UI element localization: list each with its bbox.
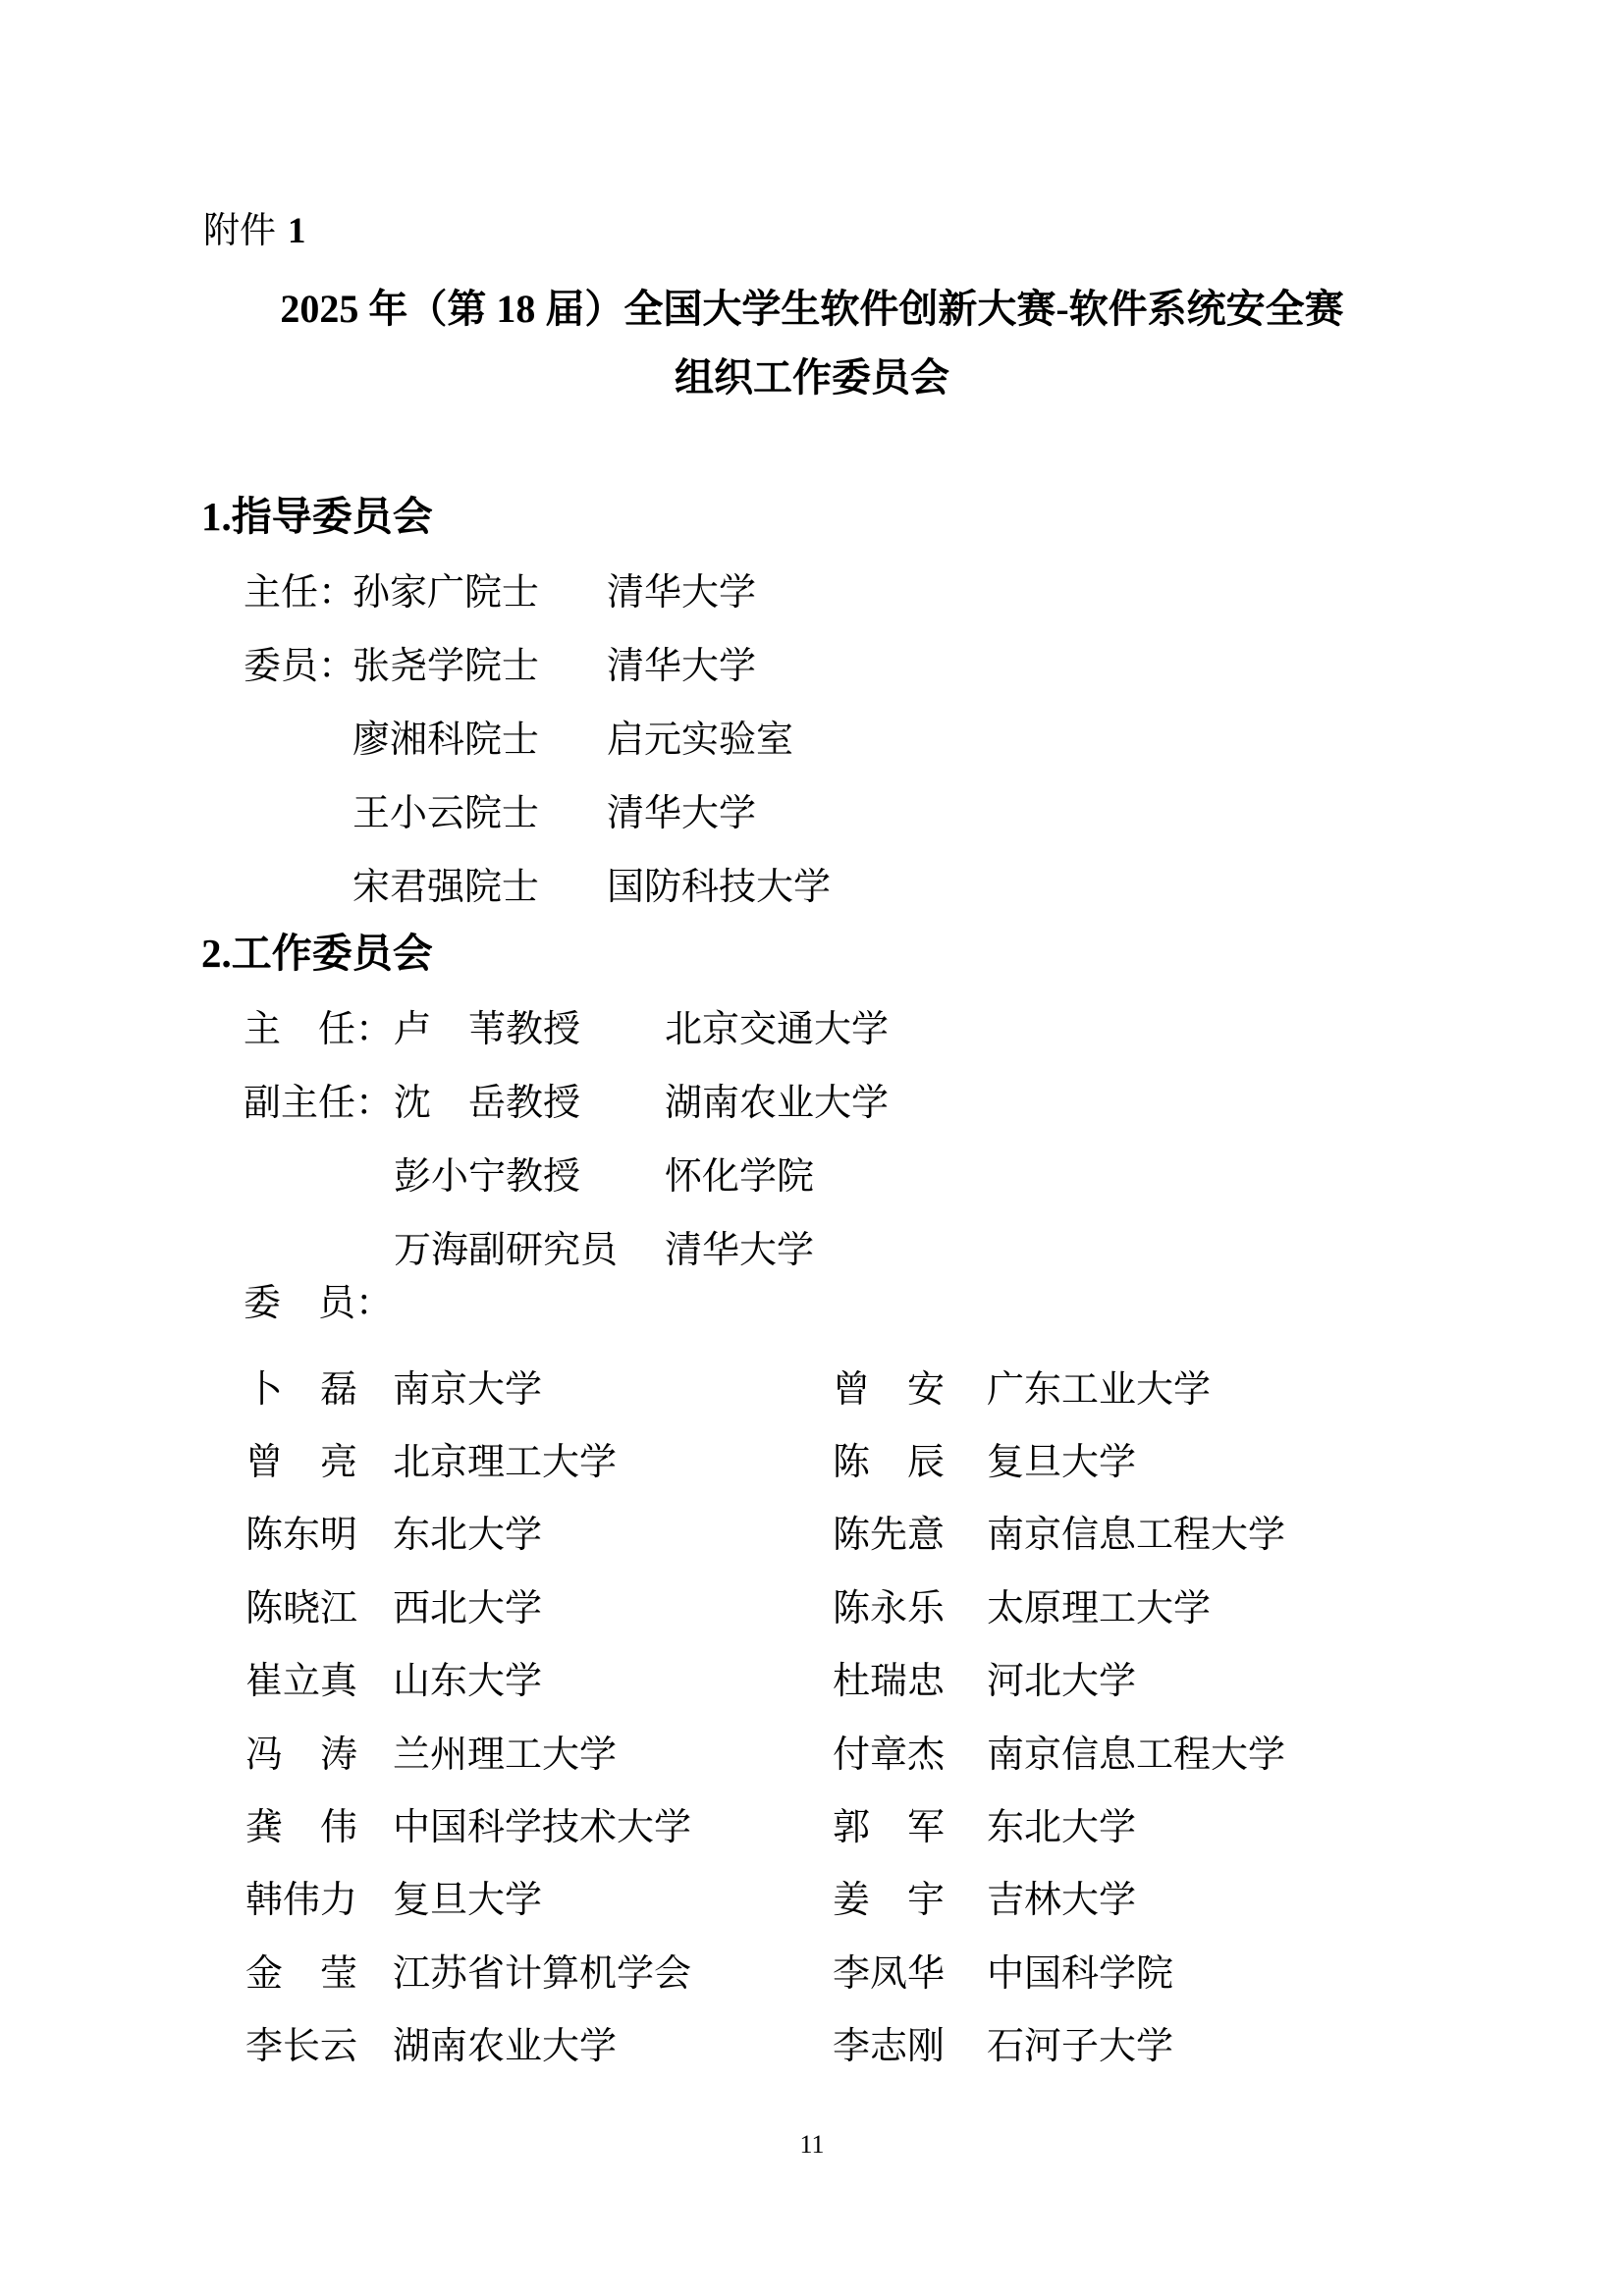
member-org: 吉林大学 bbox=[987, 1869, 1136, 1923]
document-title-line-2: 组织工作委员会 bbox=[0, 355, 1624, 400]
member-name: 姜 宇 bbox=[833, 1869, 987, 1923]
member-row: 韩伟力 复旦大学 姜 宇 吉林大学 bbox=[0, 1860, 1624, 1933]
working-committee-heading: 2.工作委员会 bbox=[201, 930, 433, 977]
member-entry: 杜瑞忠 河北大学 bbox=[833, 1650, 1624, 1704]
person-org: 湖南农业大学 bbox=[665, 1072, 889, 1126]
member-row: 冯 涛 兰州理工大学 付章杰 南京信息工程大学 bbox=[0, 1714, 1624, 1787]
member-entry: 郭 军 东北大学 bbox=[833, 1796, 1624, 1850]
attachment-number: 1 bbox=[288, 211, 306, 251]
member-org: 广东工业大学 bbox=[987, 1359, 1211, 1413]
person-org: 清华大学 bbox=[607, 782, 756, 836]
member-name: 冯 涛 bbox=[245, 1724, 393, 1778]
person-org: 北京交通大学 bbox=[665, 998, 889, 1052]
member-org: 北京理工大学 bbox=[393, 1431, 617, 1485]
member-entry: 曾 亮 北京理工大学 bbox=[245, 1431, 833, 1485]
page-number: 11 bbox=[0, 2130, 1624, 2160]
heading-number: 1. bbox=[201, 494, 232, 539]
person-org: 清华大学 bbox=[607, 561, 756, 615]
steering-committee-heading: 1.指导委员会 bbox=[201, 493, 433, 540]
person-name: 王小云院士 bbox=[352, 782, 607, 836]
member-entry: 李长云 湖南农业大学 bbox=[245, 2015, 833, 2069]
member-org: 复旦大学 bbox=[393, 1869, 542, 1923]
member-org: 河北大学 bbox=[987, 1650, 1136, 1704]
member-name: 陈永乐 bbox=[833, 1577, 987, 1631]
person-org: 怀化学院 bbox=[665, 1146, 814, 1200]
member-name: 付章杰 bbox=[833, 1724, 987, 1778]
member-name: 李凤华 bbox=[833, 1943, 987, 1997]
committee-row: 彭小宁教授 怀化学院 bbox=[0, 1136, 1624, 1209]
member-name: 陈 辰 bbox=[833, 1431, 987, 1485]
member-entry: 陈东明 东北大学 bbox=[245, 1504, 833, 1558]
committee-row: 宋君强院士 国防科技大学 bbox=[0, 846, 1624, 920]
role-label: 主 任： bbox=[244, 998, 394, 1052]
member-name: 陈晓江 bbox=[245, 1577, 393, 1631]
member-org: 南京信息工程大学 bbox=[987, 1504, 1285, 1558]
document-title-line-1: 2025 年（第 18 届）全国大学生软件创新大赛-软件系统安全赛 bbox=[0, 287, 1624, 332]
role-label: 主任： bbox=[244, 561, 352, 615]
member-org: 东北大学 bbox=[393, 1504, 542, 1558]
member-org: 南京信息工程大学 bbox=[987, 1724, 1285, 1778]
member-row: 卜 磊 南京大学 曾 安 广东工业大学 bbox=[0, 1349, 1624, 1421]
member-row: 曾 亮 北京理工大学 陈 辰 复旦大学 bbox=[0, 1421, 1624, 1494]
person-name: 张尧学院士 bbox=[352, 635, 607, 689]
member-entry: 卜 磊 南京大学 bbox=[245, 1359, 833, 1413]
person-org: 清华大学 bbox=[607, 635, 756, 689]
member-org: 南京大学 bbox=[393, 1359, 542, 1413]
committee-row: 主任： 孙家广院士 清华大学 bbox=[0, 552, 1624, 625]
document-page: 附件1 2025 年（第 18 届）全国大学生软件创新大赛-软件系统安全赛 组织… bbox=[0, 0, 1624, 2296]
member-name: 陈东明 bbox=[245, 1504, 393, 1558]
member-name: 李长云 bbox=[245, 2015, 393, 2069]
member-org: 西北大学 bbox=[393, 1577, 542, 1631]
member-entry: 陈先意 南京信息工程大学 bbox=[833, 1504, 1624, 1558]
attachment-text: 附件 bbox=[203, 211, 276, 251]
member-org: 江苏省计算机学会 bbox=[393, 1943, 691, 1997]
member-entry: 李凤华 中国科学院 bbox=[833, 1943, 1624, 1997]
member-org: 湖南农业大学 bbox=[393, 2015, 617, 2069]
attachment-label: 附件1 bbox=[203, 210, 306, 253]
member-name: 崔立真 bbox=[245, 1650, 393, 1704]
role-label: 委员： bbox=[244, 635, 352, 689]
member-row: 崔立真 山东大学 杜瑞忠 河北大学 bbox=[0, 1641, 1624, 1714]
member-org: 复旦大学 bbox=[987, 1431, 1136, 1485]
person-org: 清华大学 bbox=[665, 1219, 814, 1273]
members-label: 委 员： bbox=[244, 1262, 393, 1336]
member-org: 东北大学 bbox=[987, 1796, 1136, 1850]
heading-text: 工作委员会 bbox=[232, 931, 433, 976]
committee-row: 副主任： 沈 岳教授 湖南农业大学 bbox=[0, 1062, 1624, 1136]
member-org: 石河子大学 bbox=[987, 2015, 1173, 2069]
person-name: 廖湘科院士 bbox=[352, 709, 607, 763]
member-name: 陈先意 bbox=[833, 1504, 987, 1558]
member-name: 李志刚 bbox=[833, 2015, 987, 2069]
person-name: 孙家广院士 bbox=[352, 561, 607, 615]
member-entry: 陈永乐 太原理工大学 bbox=[833, 1577, 1624, 1631]
member-entry: 姜 宇 吉林大学 bbox=[833, 1869, 1624, 1923]
committee-row: 委员： 张尧学院士 清华大学 bbox=[0, 625, 1624, 699]
committee-row: 廖湘科院士 启元实验室 bbox=[0, 699, 1624, 773]
person-name: 沈 岳教授 bbox=[394, 1072, 665, 1126]
member-org: 中国科学院 bbox=[987, 1943, 1173, 1997]
member-row: 李长云 湖南农业大学 李志刚 石河子大学 bbox=[0, 2006, 1624, 2079]
heading-text: 指导委员会 bbox=[232, 494, 433, 539]
member-entry: 冯 涛 兰州理工大学 bbox=[245, 1724, 833, 1778]
member-org: 中国科学技术大学 bbox=[393, 1796, 691, 1850]
heading-number: 2. bbox=[201, 931, 232, 976]
member-row: 陈东明 东北大学 陈先意 南京信息工程大学 bbox=[0, 1495, 1624, 1568]
member-entry: 李志刚 石河子大学 bbox=[833, 2015, 1624, 2069]
member-org: 山东大学 bbox=[393, 1650, 542, 1704]
members-list: 卜 磊 南京大学 曾 安 广东工业大学 曾 亮 北京理工大学 陈 辰 复旦大学 … bbox=[0, 1349, 1624, 2079]
member-entry: 曾 安 广东工业大学 bbox=[833, 1359, 1624, 1413]
member-name: 龚 伟 bbox=[245, 1796, 393, 1850]
committee-row: 王小云院士 清华大学 bbox=[0, 773, 1624, 846]
member-entry: 崔立真 山东大学 bbox=[245, 1650, 833, 1704]
member-entry: 陈晓江 西北大学 bbox=[245, 1577, 833, 1631]
member-entry: 龚 伟 中国科学技术大学 bbox=[245, 1796, 833, 1850]
member-row: 龚 伟 中国科学技术大学 郭 军 东北大学 bbox=[0, 1787, 1624, 1859]
member-entry: 陈 辰 复旦大学 bbox=[833, 1431, 1624, 1485]
person-org: 国防科技大学 bbox=[607, 856, 831, 910]
member-name: 郭 军 bbox=[833, 1796, 987, 1850]
member-name: 曾 亮 bbox=[245, 1431, 393, 1485]
person-name: 卢 苇教授 bbox=[394, 998, 665, 1052]
member-org: 太原理工大学 bbox=[987, 1577, 1211, 1631]
person-name: 万海副研究员 bbox=[394, 1219, 665, 1273]
person-org: 启元实验室 bbox=[607, 709, 793, 763]
committee-row: 主 任： 卢 苇教授 北京交通大学 bbox=[0, 988, 1624, 1062]
steering-committee-rows: 主任： 孙家广院士 清华大学 委员： 张尧学院士 清华大学 廖湘科院士 启元实验… bbox=[0, 552, 1624, 920]
member-name: 韩伟力 bbox=[245, 1869, 393, 1923]
member-row: 金 莹 江苏省计算机学会 李凤华 中国科学院 bbox=[0, 1933, 1624, 2005]
working-committee-rows: 主 任： 卢 苇教授 北京交通大学 副主任： 沈 岳教授 湖南农业大学 彭小宁教… bbox=[0, 988, 1624, 1283]
member-name: 卜 磊 bbox=[245, 1359, 393, 1413]
member-name: 金 莹 bbox=[245, 1943, 393, 1997]
member-entry: 韩伟力 复旦大学 bbox=[245, 1869, 833, 1923]
member-entry: 付章杰 南京信息工程大学 bbox=[833, 1724, 1624, 1778]
member-entry: 金 莹 江苏省计算机学会 bbox=[245, 1943, 833, 1997]
role-label: 副主任： bbox=[244, 1072, 394, 1126]
person-name: 彭小宁教授 bbox=[394, 1146, 665, 1200]
member-row: 陈晓江 西北大学 陈永乐 太原理工大学 bbox=[0, 1568, 1624, 1640]
member-org: 兰州理工大学 bbox=[393, 1724, 617, 1778]
person-name: 宋君强院士 bbox=[352, 856, 607, 910]
member-name: 杜瑞忠 bbox=[833, 1650, 987, 1704]
member-name: 曾 安 bbox=[833, 1359, 987, 1413]
